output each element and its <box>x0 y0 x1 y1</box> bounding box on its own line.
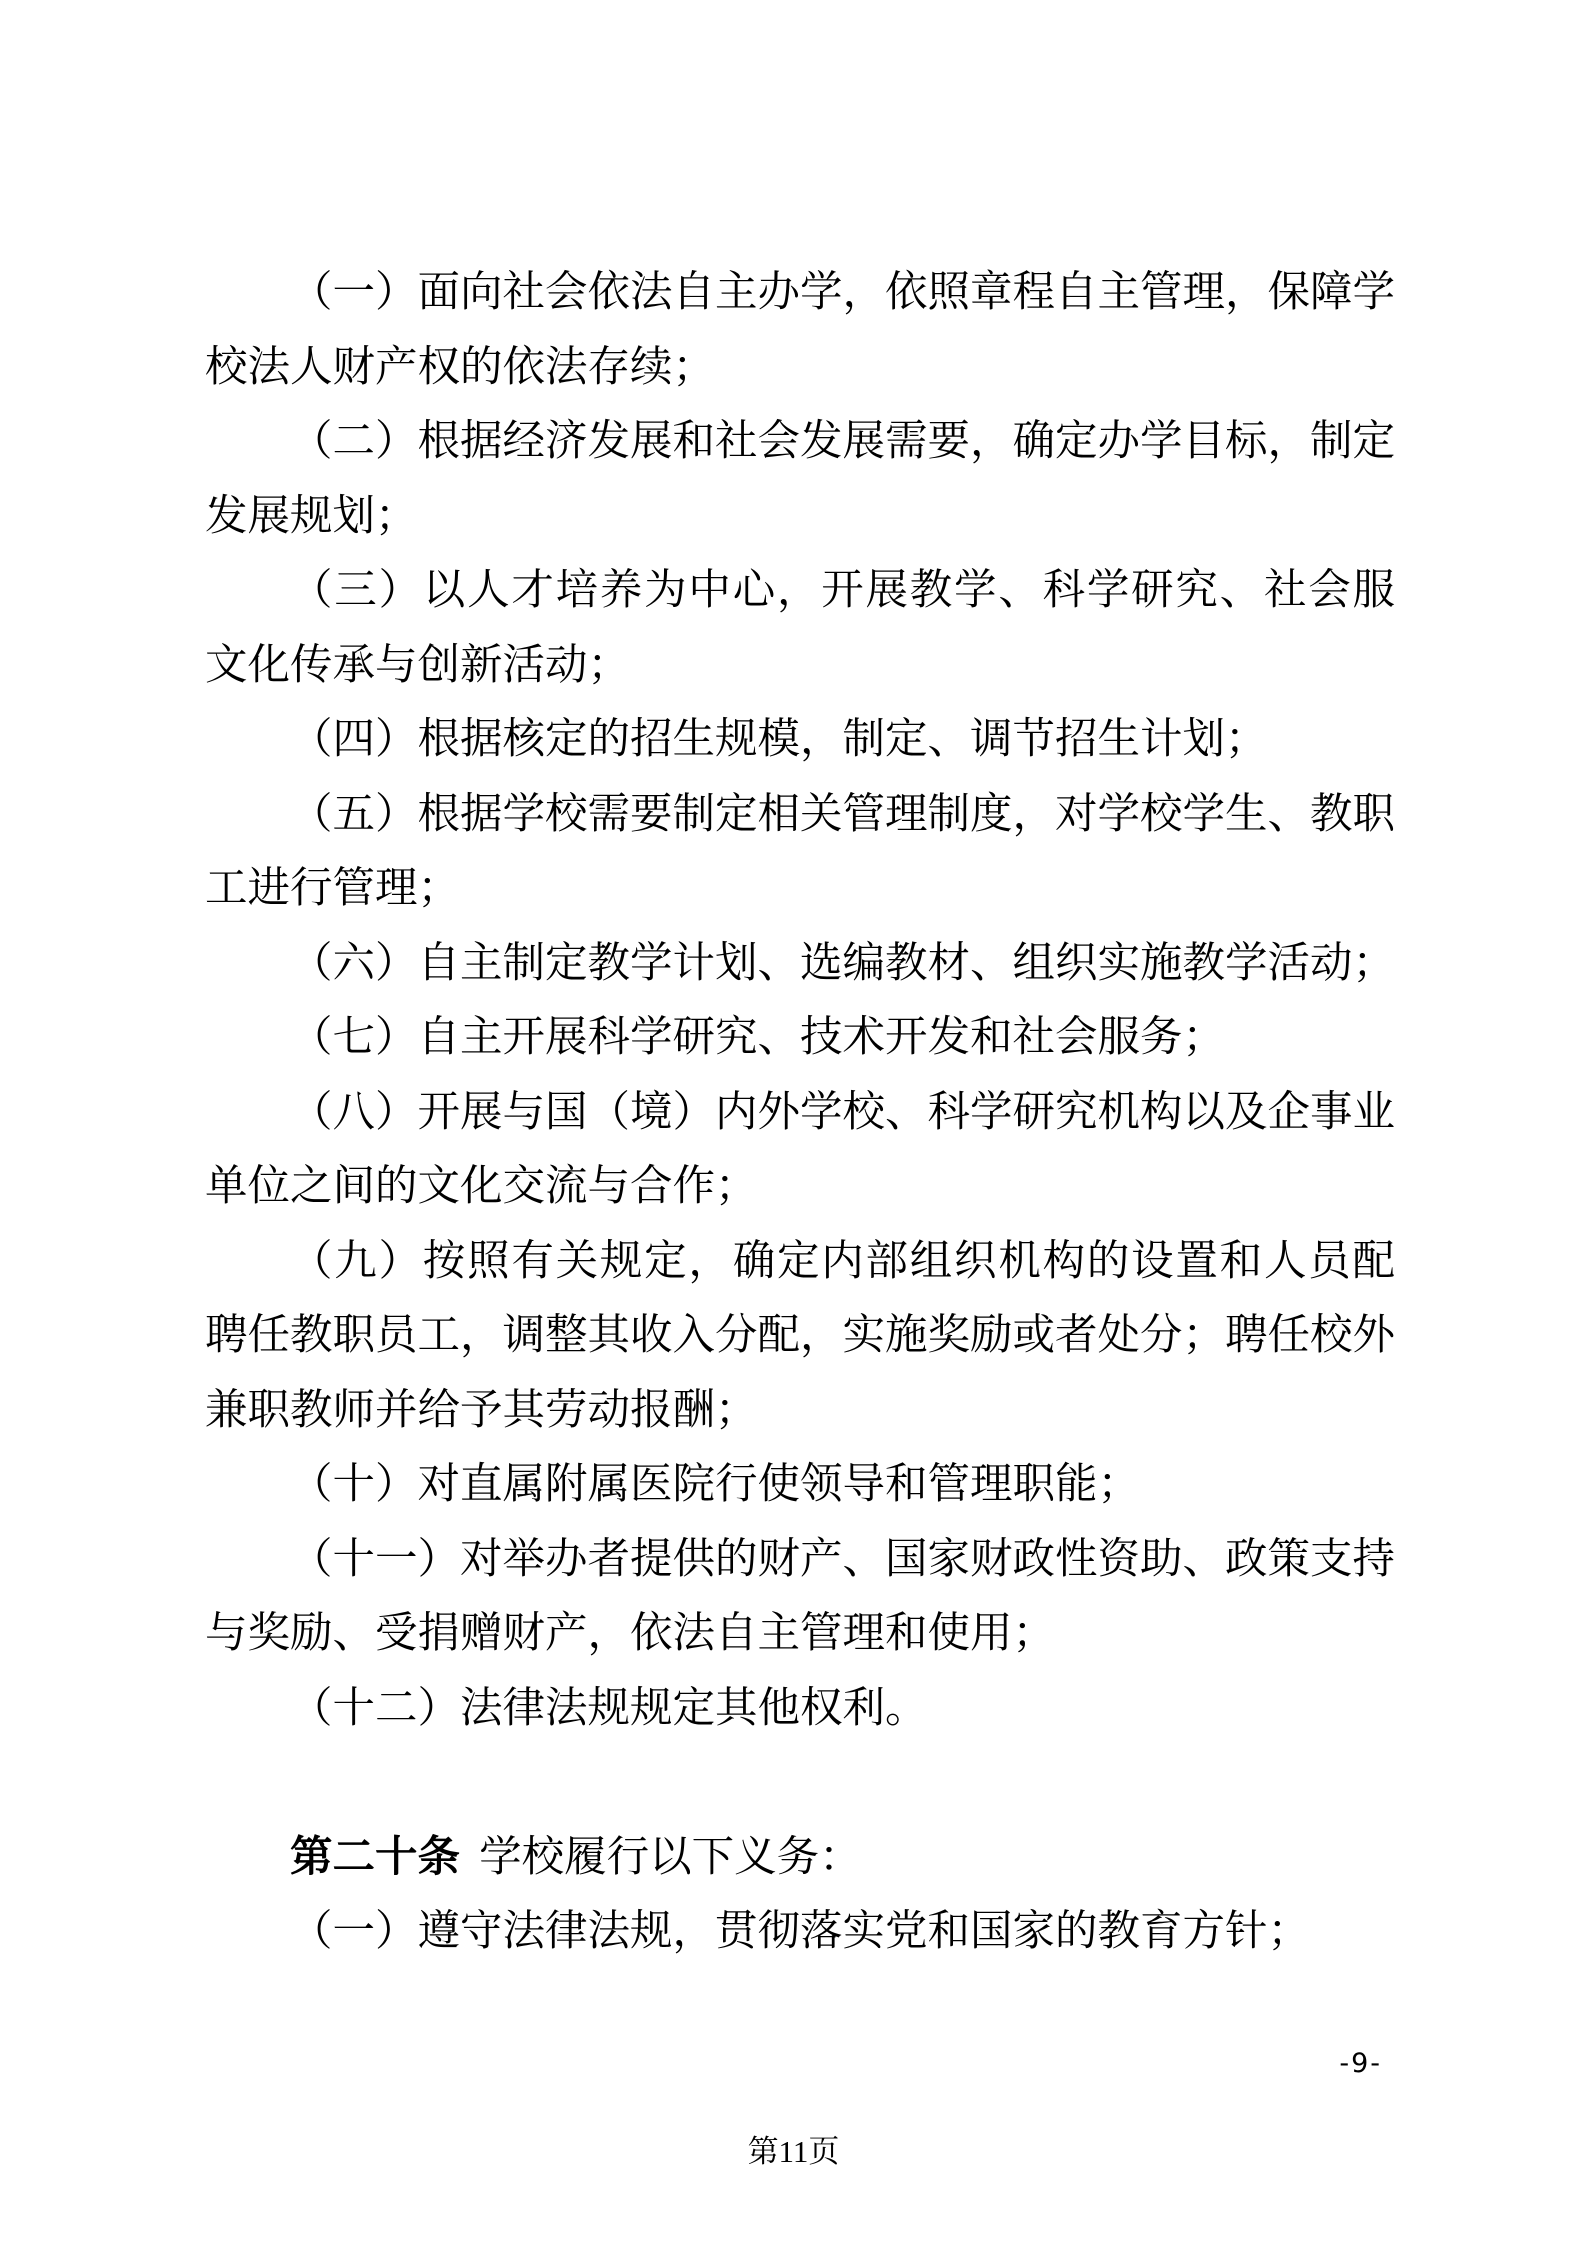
text-line: 校法人财产权的依法存续； <box>205 331 1395 406</box>
text-line: （七）自主开展科学研究、技术开发和社会服务； <box>205 1001 1395 1076</box>
text-line: 聘任教职员工，调整其收入分配，实施奖励或者处分；聘任校外 <box>205 1299 1395 1374</box>
text-line: （三）以人才培养为中心，开展教学、科学研究、社会服务、 <box>205 554 1395 629</box>
text-line: （二）根据经济发展和社会发展需要，确定办学目标，制定 <box>205 405 1395 480</box>
article-number-bold: 第二十条 <box>290 1834 460 1881</box>
article-intro-text: 学校履行以下义务： <box>479 1834 862 1881</box>
text-line: （九）按照有关规定，确定内部组织机构的设置和人员配置， <box>205 1225 1395 1300</box>
text-line: （四）根据核定的招生规模，制定、调节招生计划； <box>205 703 1395 778</box>
document-body: （一）面向社会依法自主办学，依照章程自主管理，保障学 校法人财产权的依法存续； … <box>205 256 1395 1970</box>
text-line: 文化传承与创新活动； <box>205 629 1395 704</box>
document-page: （一）面向社会依法自主办学，依照章程自主管理，保障学 校法人财产权的依法存续； … <box>0 0 1587 2245</box>
text-line: （十）对直属附属医院行使领导和管理职能； <box>205 1448 1395 1523</box>
article-heading-line: 第二十条学校履行以下义务： <box>205 1821 1395 1896</box>
text-line: 兼职教师并给予其劳动报酬； <box>205 1374 1395 1449</box>
text-line: （一）面向社会依法自主办学，依照章程自主管理，保障学 <box>205 256 1395 331</box>
text-line: （十一）对举办者提供的财产、国家财政性资助、政策支持 <box>205 1523 1395 1598</box>
text-line: （一）遵守法律法规，贯彻落实党和国家的教育方针； <box>205 1895 1395 1970</box>
text-line: 与奖励、受捐赠财产，依法自主管理和使用； <box>205 1597 1395 1672</box>
corner-page-number: -9- <box>1339 2048 1382 2079</box>
text-line: 单位之间的文化交流与合作； <box>205 1150 1395 1225</box>
text-line: 发展规划； <box>205 480 1395 555</box>
text-line: （五）根据学校需要制定相关管理制度，对学校学生、教职 <box>205 778 1395 853</box>
text-line: （八）开展与国（境）内外学校、科学研究机构以及企事业 <box>205 1076 1395 1151</box>
text-line: （十二）法律法规规定其他权利。 <box>205 1672 1395 1747</box>
text-line: 工进行管理； <box>205 852 1395 927</box>
text-line: （六）自主制定教学计划、选编教材、组织实施教学活动； <box>205 927 1395 1002</box>
footer-page-number: 第11页 <box>0 2126 1587 2171</box>
